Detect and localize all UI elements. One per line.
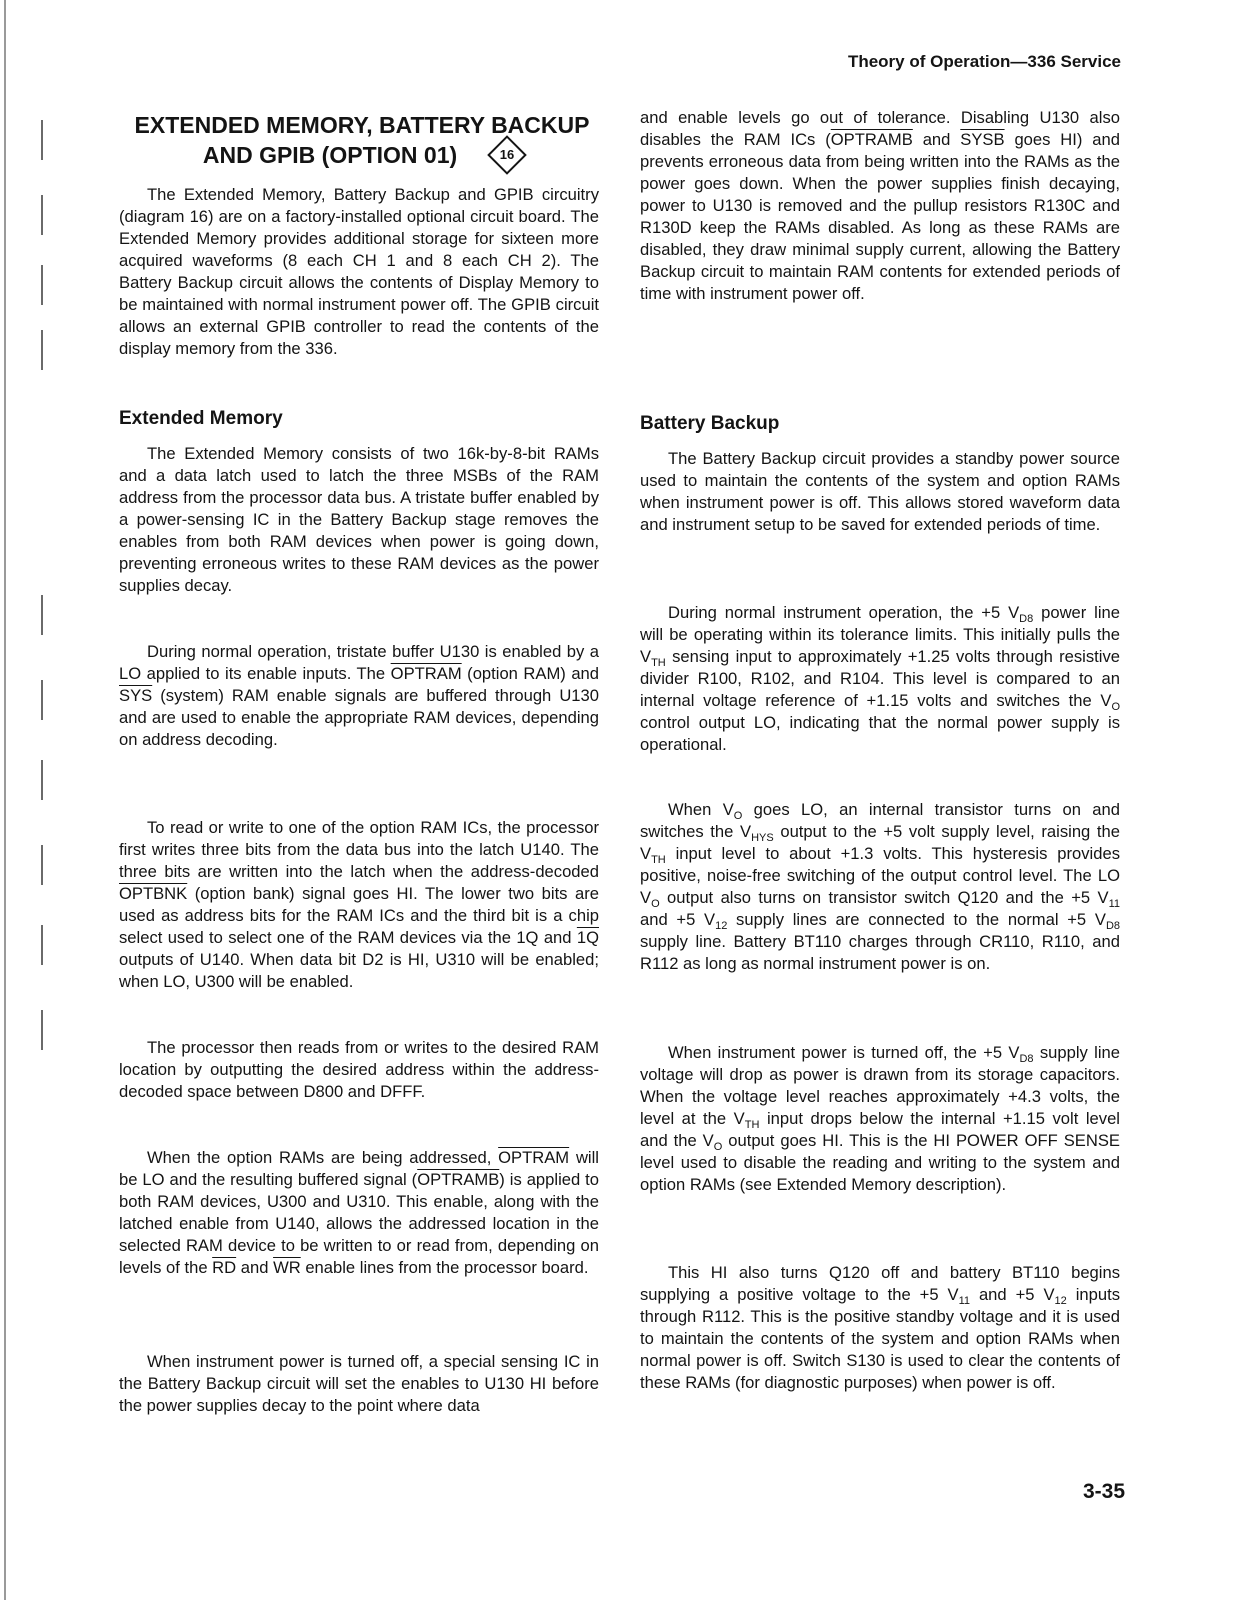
battery-backup-section: Battery Backup [640,413,1120,435]
scan-mark [41,265,43,305]
text-run: (option RAM) and [462,664,599,683]
text-run: and +5 V [970,1285,1055,1304]
signal-optramb: OPTRAMB [417,1170,499,1189]
battery-backup-paragraph-5: This HI also turns Q120 off and battery … [640,1262,1120,1394]
extended-memory-p5-block: When the option RAMs are being addressed… [119,1147,599,1279]
continued-paragraph: and enable levels go out of tolerance. D… [640,107,1120,305]
subscript: TH [745,1119,760,1131]
signal-optbnk: OPTBNK [119,884,187,903]
battery-backup-p5-block: This HI also turns Q120 off and battery … [640,1262,1120,1394]
section-title-line2: AND GPIB (OPTION 01) [203,140,457,170]
battery-backup-p2-block: During normal instrument operation, the … [640,602,1120,756]
text-run: supply lines are connected to the normal… [727,910,1106,929]
right-continuation-block: and enable levels go out of tolerance. D… [640,107,1120,305]
subscript: D8 [1106,920,1120,932]
section-title-line2-row: AND GPIB (OPTION 01) 16 [203,140,521,170]
text-run: and +5 V [640,910,715,929]
scan-edge-line [4,0,6,1600]
scan-mark [41,680,43,720]
signal-1q-bar: 1Q [577,928,599,947]
subscript: HYS [751,832,774,844]
subscript: 12 [1055,1295,1067,1307]
subscript: O [1111,701,1120,713]
extended-memory-heading: Extended Memory [119,408,599,430]
battery-backup-paragraph-2: During normal instrument operation, the … [640,602,1120,756]
extended-memory-paragraph-5: When the option RAMs are being addressed… [119,1147,599,1279]
extended-memory-p3-block: To read or write to one of the option RA… [119,817,599,993]
intro-paragraph-block: The Extended Memory, Battery Backup and … [119,184,599,360]
subscript: 11 [959,1295,970,1307]
subscript: TH [651,854,666,866]
extended-memory-paragraph-3: To read or write to one of the option RA… [119,817,599,993]
subscript: TH [651,657,666,669]
scan-mark [41,1010,43,1050]
text-run: When the option RAMs are being addressed… [147,1148,498,1167]
signal-rd: RD [212,1258,236,1277]
extended-memory-p6-block: When instrument power is turned off, a s… [119,1351,599,1417]
battery-backup-p3-block: When VO goes LO, an internal transistor … [640,799,1120,975]
text-run: and [236,1258,273,1277]
subscript: 12 [715,920,727,932]
running-head: Theory of Operation—336 Service [848,52,1121,72]
text-run: To read or write to one of the option RA… [119,818,599,881]
battery-backup-paragraph-3: When VO goes LO, an internal transistor … [640,799,1120,975]
scan-mark [41,845,43,885]
subscript: D8 [1019,1053,1033,1065]
extended-memory-paragraph-4: The processor then reads from or writes … [119,1037,599,1103]
battery-backup-heading: Battery Backup [640,413,1120,435]
battery-backup-p4-block: When instrument power is turned off, the… [640,1042,1120,1196]
signal-optram: OPTRAM [391,664,462,683]
text-run: enable lines from the processor board. [301,1258,589,1277]
text-run: sensing input to approximately +1.25 vol… [640,647,1120,710]
text-run: supply line. Battery BT110 charges throu… [640,932,1120,973]
extended-memory-paragraph-2: During normal operation, tristate buffer… [119,641,599,751]
scan-mark [41,925,43,965]
text-run: (option bank) signal goes HI. The lower … [119,884,599,947]
text-run: control output LO, indicating that the n… [640,713,1120,754]
signal-optramb: OPTRAMB [831,130,913,149]
text-run: When instrument power is turned off, the… [668,1043,1019,1062]
section-title-line1: EXTENDED MEMORY, BATTERY BACKUP [122,110,602,140]
battery-backup-p1-block: The Battery Backup circuit provides a st… [640,448,1120,536]
text-run: outputs of U140. When data bit D2 is HI,… [119,950,599,991]
text-run: During normal instrument operation, the … [668,603,1019,622]
text-run: When V [668,800,734,819]
extended-memory-p1-block: The Extended Memory consists of two 16k-… [119,443,599,597]
subscript: D8 [1019,613,1033,625]
text-run: output also turns on transistor switch Q… [660,888,1109,907]
extended-memory-p2-block: During normal operation, tristate buffer… [119,641,599,751]
scan-mark [41,760,43,800]
scan-mark [41,195,43,235]
battery-backup-paragraph-4: When instrument power is turned off, the… [640,1042,1120,1196]
signal-sys: SYS [119,686,152,705]
subscript: O [714,1141,723,1153]
text-run: (system) RAM enable signals are buffered… [119,686,599,749]
extended-memory-p4-block: The processor then reads from or writes … [119,1037,599,1103]
subscript: 11 [1109,898,1120,910]
diagram-diamond-icon: 16 [487,135,527,175]
section-title: EXTENDED MEMORY, BATTERY BACKUP AND GPIB… [122,110,602,170]
signal-optram: OPTRAM [498,1148,569,1167]
signal-sysb: SYSB [960,130,1004,149]
scan-mark [41,595,43,635]
page-number: 3-35 [1083,1480,1125,1504]
extended-memory-paragraph-6: When instrument power is turned off, a s… [119,1351,599,1417]
signal-wr: WR [273,1258,301,1277]
text-run: and [913,130,960,149]
battery-backup-paragraph-1: The Battery Backup circuit provides a st… [640,448,1120,536]
extended-memory-section: Extended Memory [119,408,599,430]
intro-paragraph: The Extended Memory, Battery Backup and … [119,184,599,360]
text-run: goes HI) and prevents erroneous data fro… [640,130,1120,303]
scan-mark [41,330,43,370]
scan-mark [41,120,43,160]
subscript: O [651,898,660,910]
diagram-number: 16 [495,143,519,167]
extended-memory-paragraph-1: The Extended Memory consists of two 16k-… [119,443,599,597]
